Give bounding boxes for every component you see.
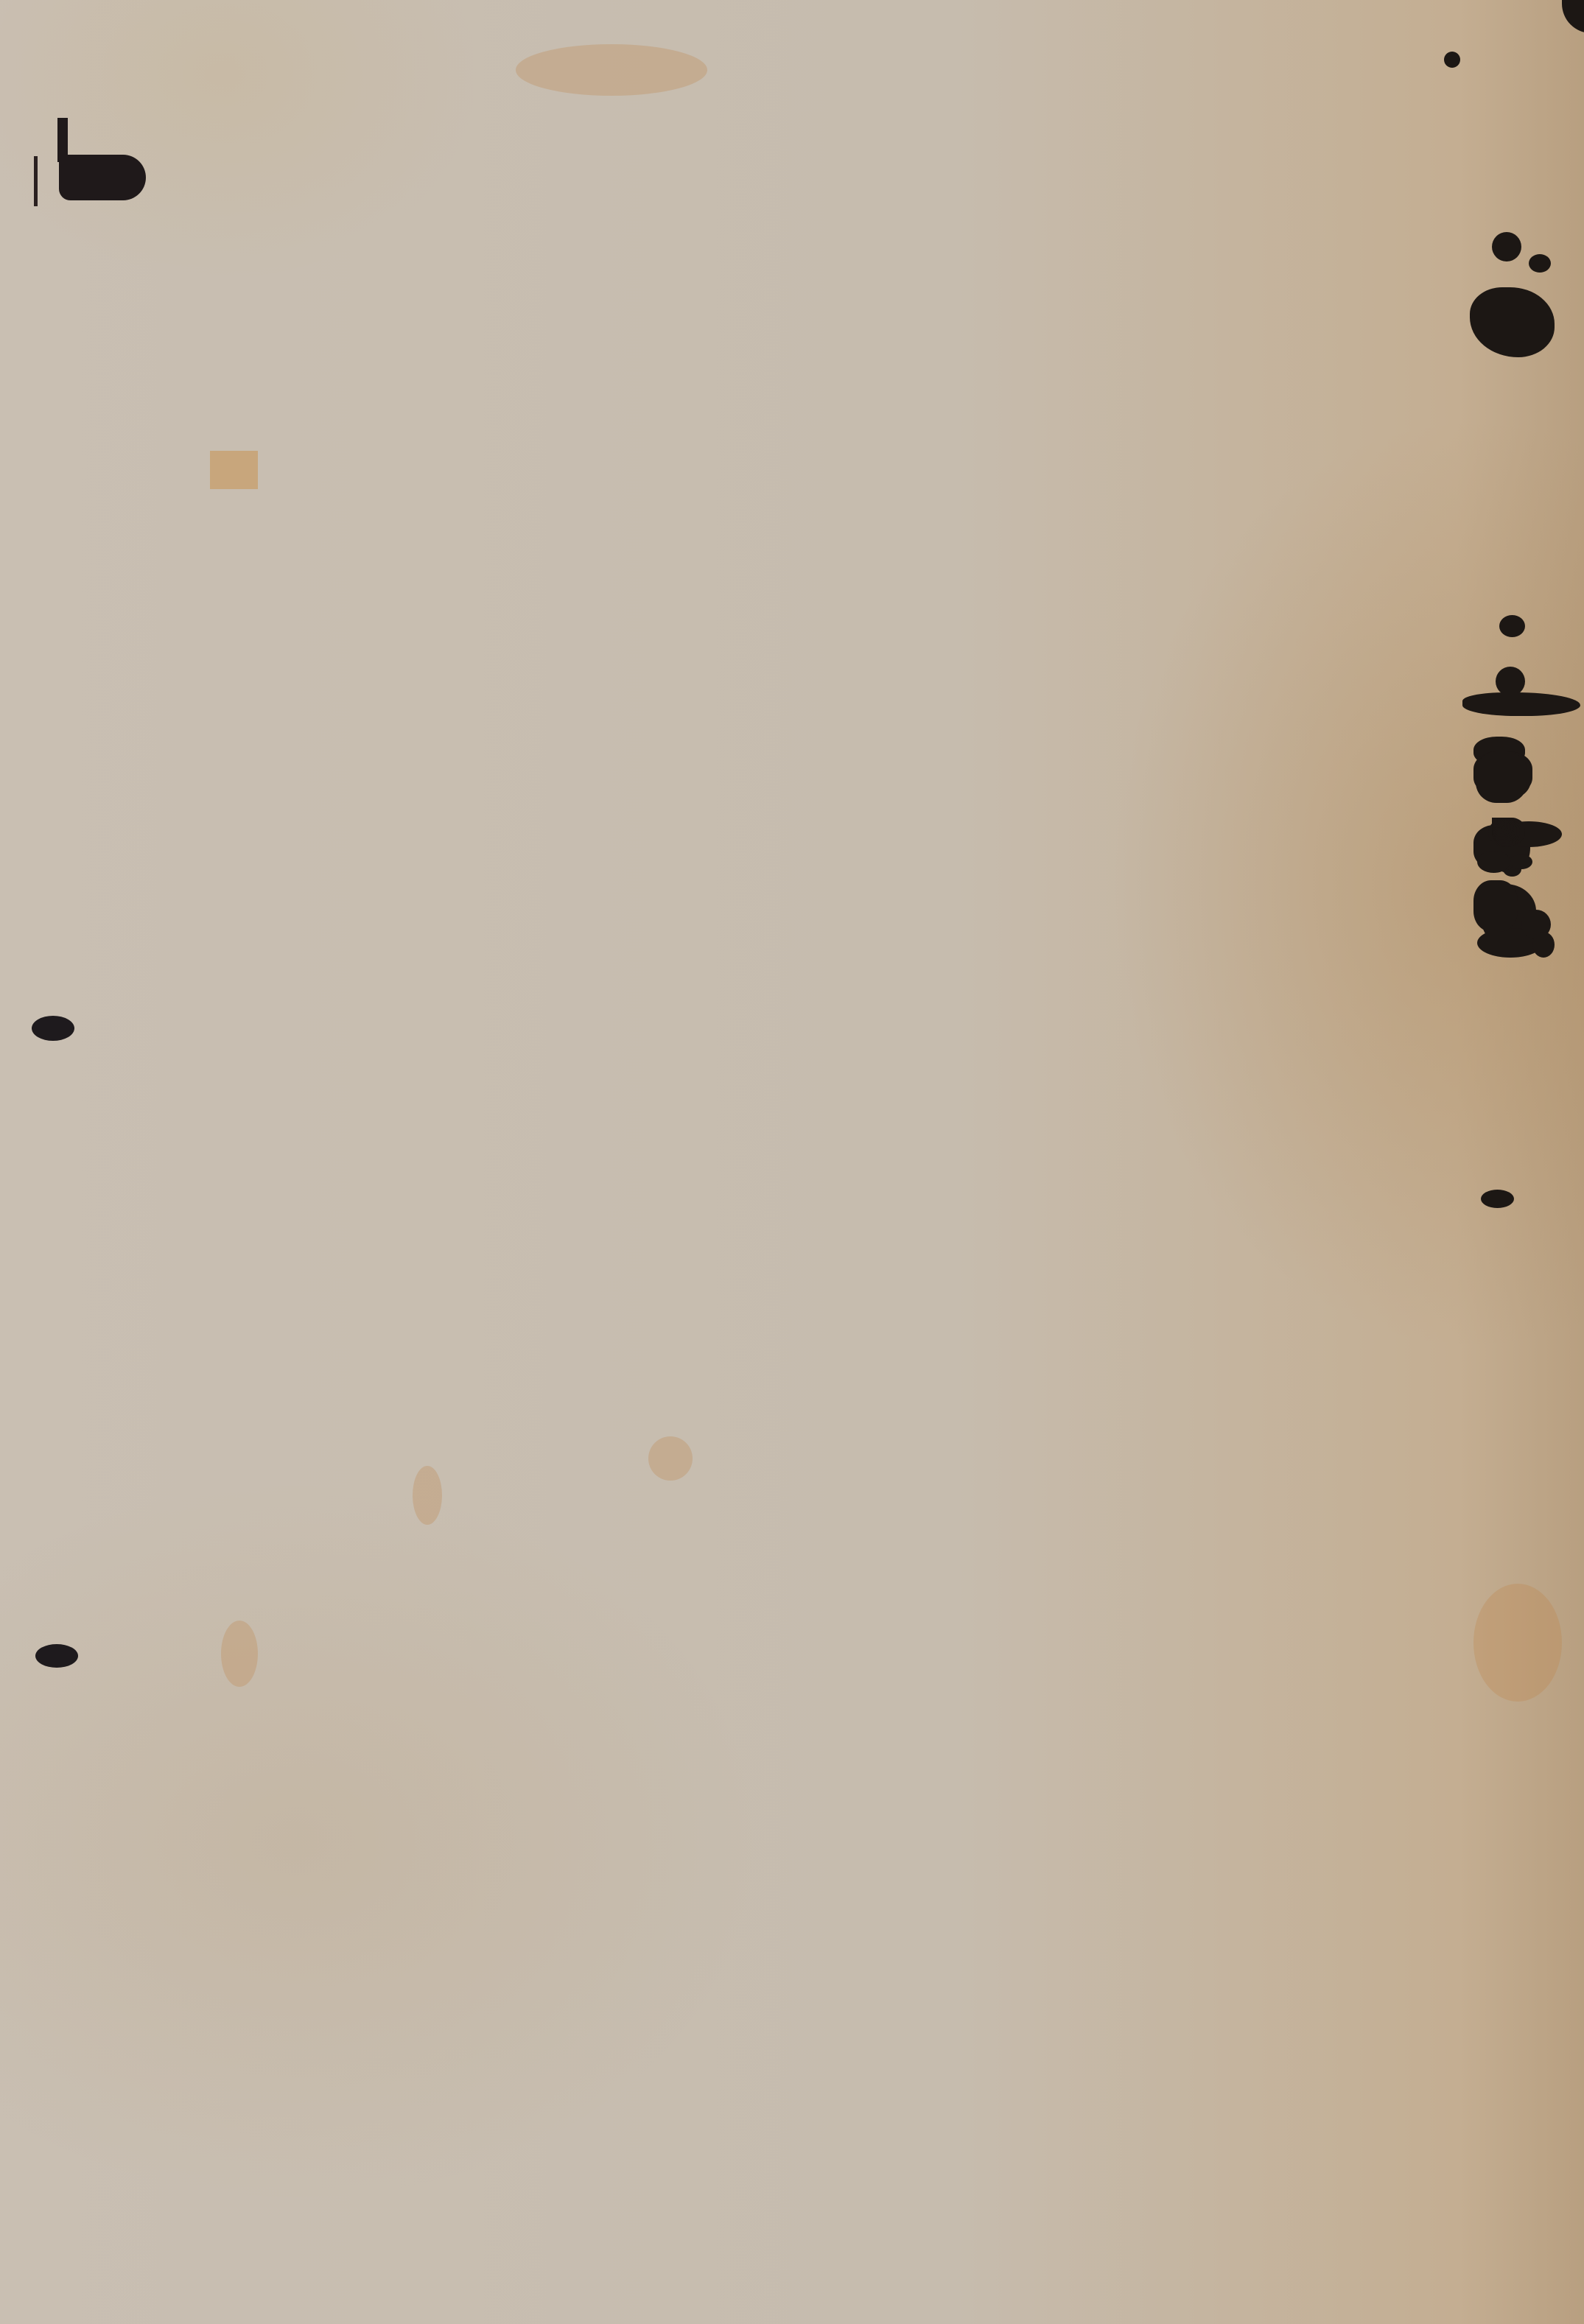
stain bbox=[1499, 615, 1525, 637]
stain bbox=[1562, 0, 1584, 33]
stain bbox=[1529, 254, 1551, 273]
rust-spot bbox=[1473, 1584, 1562, 1702]
letter-page bbox=[0, 0, 1584, 2324]
ink-mark-thin bbox=[34, 156, 38, 206]
stain bbox=[1532, 932, 1555, 958]
stain bbox=[1492, 232, 1521, 261]
stain bbox=[1481, 1190, 1514, 1208]
rust-spot bbox=[413, 1466, 442, 1525]
stain bbox=[1477, 851, 1510, 873]
stain bbox=[1492, 818, 1493, 818]
stain bbox=[1496, 667, 1525, 696]
rust-spot bbox=[648, 1436, 693, 1481]
punch-hole-upper bbox=[32, 1016, 74, 1041]
paper-tear-patch bbox=[210, 451, 258, 489]
stain bbox=[1462, 692, 1580, 716]
rust-spot bbox=[221, 1621, 258, 1687]
stain bbox=[1476, 751, 1527, 803]
stain bbox=[1470, 287, 1555, 357]
stain bbox=[1473, 880, 1518, 932]
rust-spot bbox=[516, 44, 707, 96]
stain bbox=[1510, 854, 1532, 869]
ink-mark-vertical bbox=[57, 118, 68, 162]
ink-blot-top-left bbox=[59, 155, 146, 200]
punch-hole-lower bbox=[35, 1644, 78, 1668]
stain bbox=[1444, 52, 1460, 68]
